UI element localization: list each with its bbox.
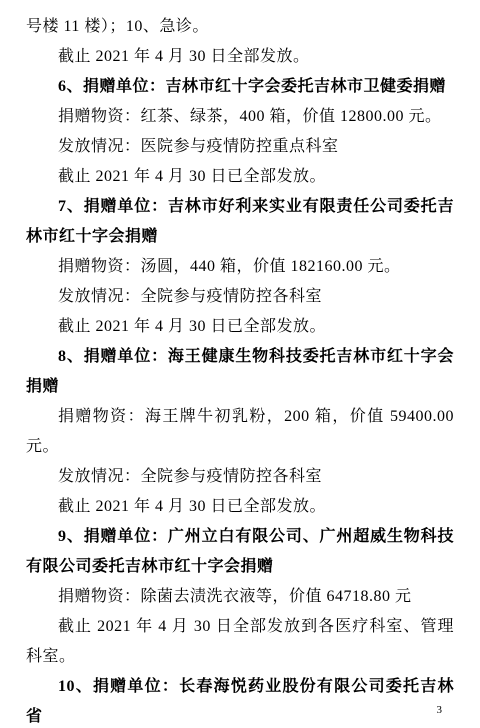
paragraph: 捐赠物资：红茶、绿茶，400 箱，价值 12800.00 元。 <box>26 102 454 132</box>
document-body: 号楼 11 楼）；10、急诊。截止 2021 年 4 月 30 日全部发放。6、… <box>26 12 454 728</box>
paragraph: 截止 2021 年 4 月 30 日已全部发放。 <box>26 492 454 522</box>
paragraph: 发放情况：医院参与疫情防控重点科室 <box>26 132 454 162</box>
paragraph: 捐赠物资：汤圆，440 箱，价值 182160.00 元。 <box>26 252 454 282</box>
paragraph: 发放情况：全院参与疫情防控各科室 <box>26 282 454 312</box>
paragraph: 8、捐赠单位：海王健康生物科技委托吉林市红十字会捐赠 <box>26 342 454 402</box>
paragraph: 截止 2021 年 4 月 30 日已全部发放。 <box>26 312 454 342</box>
paragraph: 截止 2021 年 4 月 30 日全部发放到各医疗科室、管理科室。 <box>26 612 454 672</box>
paragraph: 捐赠物资：除菌去渍洗衣液等，价值 64718.80 元 <box>26 582 454 612</box>
paragraph: 捐赠物资：海王牌牛初乳粉，200 箱，价值 59400.00 元。 <box>26 402 454 462</box>
paragraph: 截止 2021 年 4 月 30 日已全部发放。 <box>26 162 454 192</box>
paragraph: 发放情况：全院参与疫情防控各科室 <box>26 462 454 492</box>
document-page: 号楼 11 楼）；10、急诊。截止 2021 年 4 月 30 日全部发放。6、… <box>0 0 480 728</box>
paragraph: 6、捐赠单位：吉林市红十字会委托吉林市卫健委捐赠 <box>26 72 454 102</box>
paragraph: 9、捐赠单位：广州立白有限公司、广州超威生物科技有限公司委托吉林市红十字会捐赠 <box>26 522 454 582</box>
paragraph: 截止 2021 年 4 月 30 日全部发放。 <box>26 42 454 72</box>
paragraph: 7、捐赠单位：吉林市好利来实业有限责任公司委托吉林市红十字会捐赠 <box>26 192 454 252</box>
page-number: 3 <box>437 703 443 717</box>
paragraph: 号楼 11 楼）；10、急诊。 <box>26 12 454 42</box>
paragraph: 10、捐赠单位：长春海悦药业股份有限公司委托吉林省 <box>26 672 454 728</box>
